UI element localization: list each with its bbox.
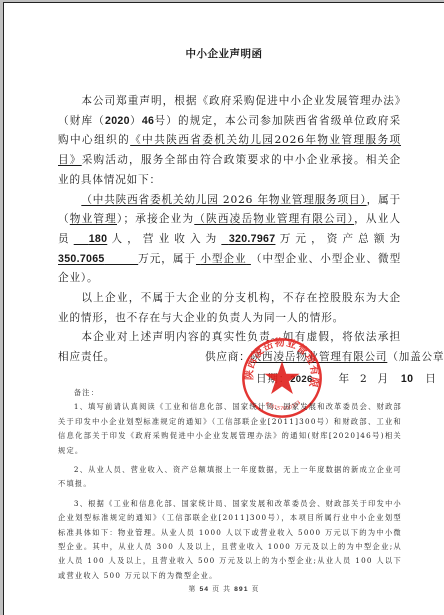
page-footer: 第 54 页 共 891 页 (4, 583, 444, 593)
notes-section: 备注： 1、填写前请认真阅读《工业和信息化部、国家统计局、国家发展和改革委员会、… (58, 386, 402, 583)
day-unit: 日 (425, 371, 436, 386)
enterprise-size: 小型企业 (200, 253, 246, 265)
revenue-field: 320.7967 (221, 233, 275, 245)
current-page-number: 54 (199, 586, 209, 593)
seal-note: （加盖公章） (387, 351, 444, 363)
footer-mid: 页 共 (212, 585, 231, 593)
assets-field: 350.7065 (58, 253, 138, 265)
document-page: 中小企业声明函 本公司郑重声明，根据《政府采购促进中小企业发展管理办法》（财库（… (3, 2, 444, 615)
text-segment: ） (130, 115, 142, 127)
footer-suffix: 页 (252, 585, 260, 593)
date-month: 2 (360, 373, 368, 385)
text-segment: ，属于 (367, 194, 401, 206)
company-name-field: （陕西凌岳物业管理有限公司） (194, 213, 354, 225)
text-segment: 采购活动，服务全部由符合政策要求的中小企业承接。相关企业的具体情况如下： (58, 154, 401, 186)
note-item-2: 2、从业人员、营业收入、资产总额填报上一年度数据，无上一年度数据的新成立企业可不… (58, 463, 402, 492)
date-label: 日期： (256, 371, 290, 386)
paragraph-independence: 以上企业，不属于大企业的分支机构，不存在控股股东为大企业的情形，也不存在与大企业… (58, 289, 401, 328)
date-day: 10 (401, 373, 413, 385)
paragraph-declaration: 本公司郑重声明，根据《政府采购促进中小企业发展管理办法》（财库（2020）46号… (58, 92, 401, 191)
document-title: 中小企业声明函 (4, 46, 444, 61)
note-item-3: 3、根据《工业和信息化部、国家统计局、国家发展和改革委员会、财政部关于印发中小企… (58, 497, 402, 583)
regulation-year: 2020 (105, 115, 130, 127)
supplier-label: 供应商： (205, 351, 251, 363)
total-page-count: 891 (234, 586, 248, 593)
industry-field: 物业管理 (70, 213, 117, 225)
supplier-name: 陕西凌岳物业管理有限公司 (251, 351, 388, 363)
text-segment: 万元，资产总额为 (275, 233, 401, 245)
text-segment: 人，营业收入为 (107, 233, 221, 245)
date-line: 日期：2026年2月10日 (256, 371, 437, 386)
regulation-number: 46 (142, 115, 154, 127)
paragraph-company-details: （中共陕西省委机关幼儿园 2026 年物业管理服务项目），属于（物业管理）；承接… (58, 191, 401, 290)
staff-count: 180 (89, 233, 108, 245)
note-item-1: 1、填写前请认真阅读《工业和信息化部、国家统计局、国家发展和改革委员会、财政部关… (58, 400, 402, 458)
year-unit: 年 (339, 371, 350, 386)
staff-count-field: 180 (74, 233, 108, 245)
text-segment: （ (58, 213, 70, 225)
footer-prefix: 第 (189, 585, 197, 593)
month-unit: 月 (377, 371, 388, 386)
notes-heading: 备注： (58, 386, 402, 400)
project-name-field: （中共陕西省委机关幼儿园 2026 年物业管理服务项目） (81, 194, 366, 206)
assets-value: 350.7065 (58, 253, 105, 265)
supplier-line: 供应商：陕西凌岳物业管理有限公司（加盖公章） (205, 349, 444, 364)
declaration-body: 本公司郑重声明，根据《政府采购促进中小企业发展管理办法》（财库（2020）46号… (58, 92, 401, 368)
revenue-value: 320.7967 (229, 233, 276, 245)
enterprise-size-field: 小型企业 (196, 253, 251, 265)
text-segment: ；承接企业为 (123, 213, 194, 225)
date-year: 2026 (290, 374, 312, 385)
text-segment: 万元，属于 (138, 253, 196, 265)
